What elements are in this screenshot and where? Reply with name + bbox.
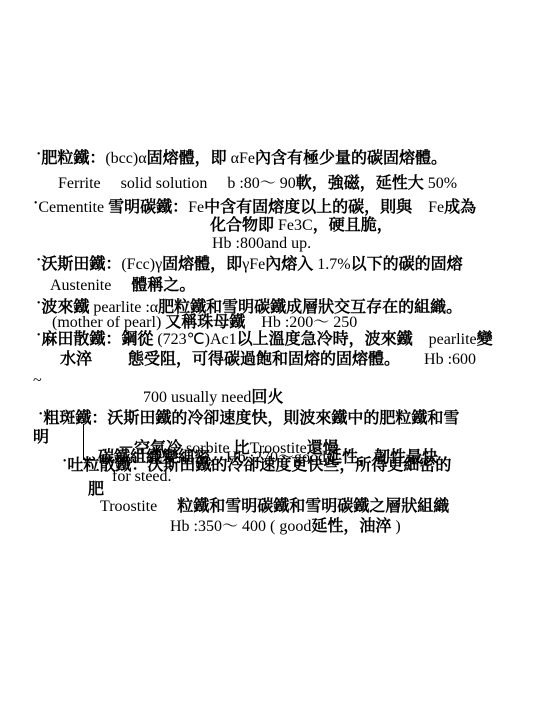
text-segment: ，硬且脆， <box>313 217 393 234</box>
text-segment: 以上溫度急冷時，波來鐵 <box>237 331 429 348</box>
line-martensite-def: ˙麻田散鐵：鋼從 (723℃)Ac1以上溫度急冷時，波來鐵 pearlite變 <box>36 332 493 349</box>
text-segment: (Fcc)γ <box>121 256 162 273</box>
text-segment: 內熔入 <box>265 256 317 273</box>
text-segment: Fe <box>428 199 444 216</box>
text-segment: 固熔體，即 <box>147 150 231 167</box>
text-segment: Fe <box>188 199 204 216</box>
text-segment: ˙肥粒鐵： <box>36 150 105 167</box>
text-segment: γFe <box>242 256 265 273</box>
text-segment: Hb :200～ 250 <box>245 314 357 331</box>
line-sorbite-wrap: 明 <box>33 430 49 447</box>
text-segment: 成為 <box>444 199 476 216</box>
text-segment: 肥 <box>88 481 104 498</box>
text-segment: 軟，強磁，延性大 <box>296 175 424 192</box>
text-segment: 以下的碳的固熔 <box>351 256 463 273</box>
text-segment: 700 usually need <box>143 389 251 406</box>
text-segment: 延性，油淬 <box>311 518 391 535</box>
text-segment: Fe3C <box>278 217 313 234</box>
line-tilde: ~ <box>33 373 42 390</box>
text-segment: 又稱珠母鐵 <box>165 314 245 331</box>
text-segment: ˙沃斯田鐵： <box>36 256 121 273</box>
text-segment: Cementite <box>38 199 108 216</box>
text-segment: Troostite <box>100 498 177 515</box>
text-segment: Hb :350～ 400 ( good <box>170 518 311 535</box>
document-page: ˙肥粒鐵：(bcc)α固熔體，即 αFe內含有極少量的碳固熔體。Ferrite … <box>0 0 540 720</box>
text-segment: αFe <box>231 150 255 167</box>
text-segment: 1.7% <box>317 256 350 273</box>
text-segment: 粒鐵和雪明碳鐵和雪明碳鐵之層狀組織 <box>177 498 449 515</box>
line-cementite-hardness: Hb :800and up. <box>212 236 311 253</box>
line-troostite-wrap: 肥 <box>88 482 104 499</box>
text-segment: ˙麻田散鐵：鋼從 <box>36 331 157 348</box>
text-segment: 水淬 態受阻，可得碳過飽和固熔的固熔體。 <box>60 351 392 368</box>
connector-line <box>83 424 95 460</box>
text-segment: 明 <box>33 429 49 446</box>
text-segment: (723℃)Ac1 <box>157 331 236 348</box>
text-segment: pearlite <box>429 331 477 348</box>
text-segment: 雪明碳鐵： <box>108 199 188 216</box>
line-cementite-compound: 化合物即 Fe3C，硬且脆， <box>210 218 393 235</box>
text-segment: 固熔體，即 <box>162 256 242 273</box>
text-segment: ~ <box>33 372 42 389</box>
text-segment: for steed. <box>112 468 172 485</box>
line-for-steel: for steed. <box>112 469 172 486</box>
line-pearlite-alias: (mother of pearl) 又稱珠母鐵 Hb :200～ 250 <box>52 315 357 332</box>
text-segment: (bcc)α <box>105 150 146 167</box>
line-austenite-cont: Austenite 體稱之。 <box>50 278 195 295</box>
text-segment: 體稱之。 <box>131 277 195 294</box>
text-segment: Hb :600 <box>392 351 476 368</box>
text-segment: 化合物即 <box>210 217 278 234</box>
line-ferrite-def: ˙肥粒鐵：(bcc)α固熔體，即 αFe內含有極少量的碳固熔體。 <box>36 151 447 168</box>
text-segment: 中含有固熔度以上的碳，則與 <box>204 199 428 216</box>
line-martensite-cont: 水淬 態受阻，可得碳過飽和固熔的固熔體。 Hb :600 <box>60 352 476 369</box>
text-segment: ) <box>391 518 400 535</box>
text-segment: 50% <box>424 175 457 192</box>
line-troostite-structure: Troostite 粒鐵和雪明碳鐵和雪明碳鐵之層狀組織 <box>100 499 449 516</box>
line-sorbite-def: ˙粗斑鐵：沃斯田鐵的冷卻速度快，則波來鐵中的肥粒鐵和雪 <box>38 411 459 428</box>
text-segment: 回火 <box>251 389 283 406</box>
text-segment: Ferrite solid solution b :80～ 90 <box>58 175 296 192</box>
text-segment: 變 <box>477 331 493 348</box>
line-cementite-def: ˙Cementite 雪明碳鐵：Fe中含有固熔度以上的碳，則與 Fe成為 <box>33 200 476 217</box>
line-troostite-hardness: Hb :350～ 400 ( good延性，油淬 ) <box>170 519 401 536</box>
line-ferrite-props: Ferrite solid solution b :80～ 90軟，強磁，延性大… <box>58 176 457 193</box>
text-segment: (mother of pearl) <box>52 314 165 331</box>
text-segment: ˙粗斑鐵：沃斯田鐵的冷卻速度快，則波來鐵中的肥粒鐵和雪 <box>38 410 459 427</box>
line-austenite-def: ˙沃斯田鐵：(Fcc)γ固熔體，即γFe內熔入 1.7%以下的碳的固熔 <box>36 257 463 274</box>
text-segment: Hb :800and up. <box>212 235 311 252</box>
text-segment: Austenite <box>50 277 131 294</box>
text-segment: 內含有極少量的碳固熔體。 <box>255 150 447 167</box>
line-temper-note: 700 usually need回火 <box>143 390 283 407</box>
